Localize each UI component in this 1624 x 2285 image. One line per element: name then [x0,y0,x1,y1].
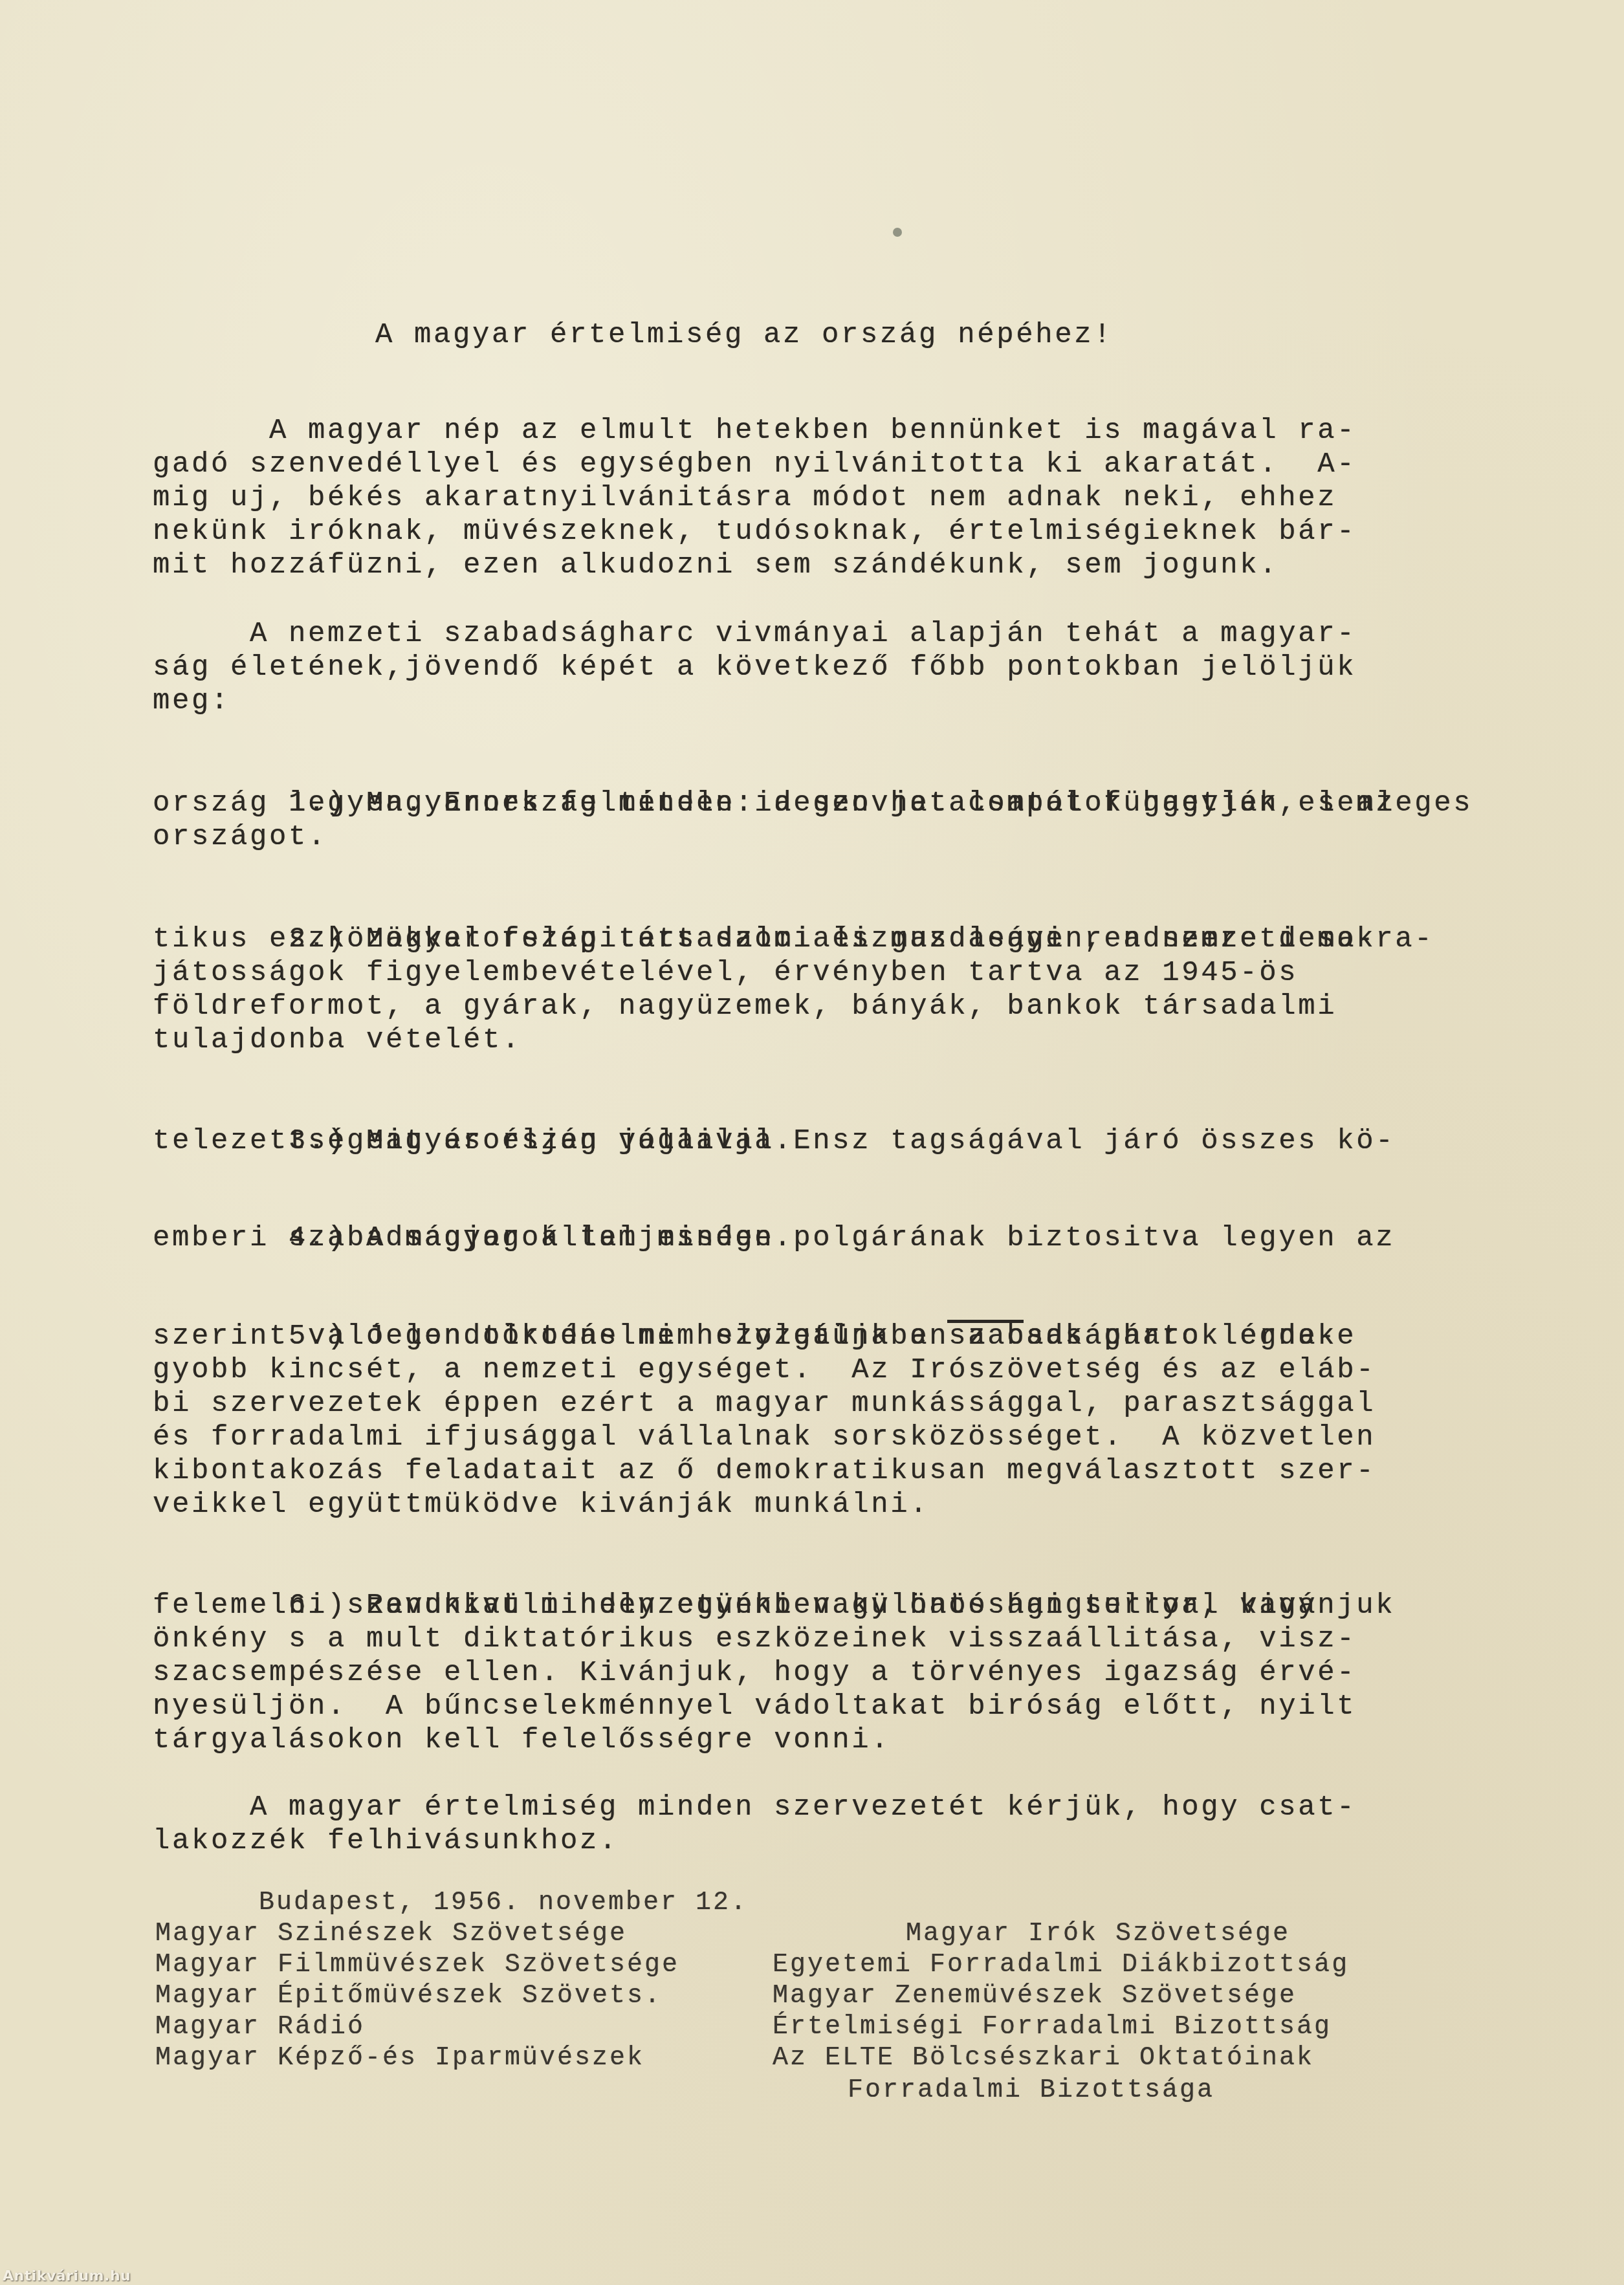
preamble-line-2: ság életének,jövendő képét a következő f… [153,651,1356,684]
signatory-left-2: Magyar Filmmüvészek Szövetsége [155,1949,679,1982]
point-1-line-3: országot. [153,820,327,854]
point-4-line-2: emberi szabadságjogok teljessége. [153,1221,793,1255]
intro-line-2: gadó szenvedéllyel és egységben nyilváni… [153,448,1356,481]
point-5-line-3: gyobb kincsét, a nemzeti egységet. Az Ir… [153,1353,1376,1387]
point-6-line-2: felemelni szavunkat minden egyéni vagy h… [153,1589,1317,1623]
watermark-text: Antikvárium.hu [3,2268,131,2284]
signatory-left-4: Magyar Rádió [155,2011,365,2044]
point-6-line-3: önkény s a mult diktatórikus eszközeinek… [153,1623,1356,1656]
intro-line-5: mit hozzáfüzni, ezen alkudozni sem szánd… [153,549,1278,582]
point-2-line-2: tikus eszközökkel felépitett szocializmu… [153,923,1376,956]
point-5-line-2: szerint való gondolkodás nem szolgálja a… [153,1320,1337,1353]
ink-speck [893,228,902,237]
point-2-line-3: játosságok figyelembevételével, érvénybe… [153,956,1298,990]
document-title: A magyar értelmiség az ország népéhez! [375,318,1113,352]
signatory-right-1: Magyar Irók Szövetsége [906,1918,1290,1951]
date-line: Budapest, 1956. november 12. [259,1886,748,1920]
preamble-line-3: meg: [153,684,230,718]
point-6-line-6: tárgyalásokon kell felelősségre vonni. [153,1723,890,1757]
intro-line-4: nekünk iróknak, müvészeknek, tudósoknak,… [153,515,1356,549]
point-2-line-4: földreformot, a gyárak, nagyüzemek, bány… [153,990,1337,1023]
signatory-left-1: Magyar Szinészek Szövetsége [155,1918,627,1951]
csak-underline [947,1320,1024,1323]
point-5-line-5: és forradalmi ifjusággal vállalnak sorsk… [153,1421,1376,1454]
signatory-left-5: Magyar Képző-és Iparmüvészek [155,2042,644,2075]
point-1-line-2: ország legyen. Ennek feltétele: a szovje… [153,787,1395,820]
point-6-line-4: szacsempészése ellen. Kivánjuk, hogy a t… [153,1656,1356,1690]
signatory-right-2: Egyetemi Forradalmi Diákbizottság [773,1949,1349,1982]
preamble-line-1: A nemzeti szabadságharc vivmányai alapjá… [153,617,1356,651]
intro-line-1: A magyar nép az elmult hetekben bennünke… [153,414,1356,448]
closing-line-1: A magyar értelmiség minden szervezetét k… [153,1791,1356,1824]
point-6-line-5: nyesüljön. A bűncselekménnyel vádoltakat… [153,1690,1356,1723]
signatory-left-3: Magyar Épitőmüvészek Szövets. [155,1980,662,2013]
closing-line-2: lakozzék felhivásunkhoz. [153,1824,619,1858]
signatory-right-5: Az ELTE Bölcsészkari Oktatóinak [773,2042,1314,2075]
point-2-line-5: tulajdonba vételét. [153,1023,521,1057]
point-5-line-6: kibontakozás feladatait az ő demokratiku… [153,1454,1376,1488]
signatory-right-6: Forradalmi Bizottsága [848,2074,1214,2108]
signatory-right-4: Értelmiségi Forradalmi Bizottság [773,2011,1332,2044]
intro-line-3: mig uj, békés akaratnyilvánitásra módot … [153,481,1337,515]
point-5-line-4: bi szervezetek éppen ezért a magyar munk… [153,1387,1376,1421]
point-5-line-7: veikkel együttmüködve kivánják munkálni. [153,1488,929,1522]
signatory-right-3: Magyar Zenemüvészek Szövetsége [773,1980,1297,2013]
point-3-line-2: telezettségeit és éljen jogaival. [153,1124,793,1158]
